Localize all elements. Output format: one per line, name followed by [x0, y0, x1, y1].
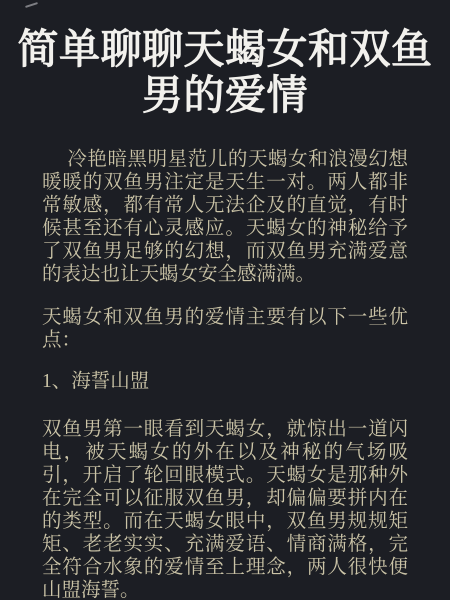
- page-title: 简单聊聊天蝎女和双鱼男的爱情: [0, 0, 450, 118]
- section-body-1: 双鱼男第一眼看到天蝎女，就惊出一道闪电，被天蝎女的外在以及神秘的气场吸引，开启了…: [42, 418, 408, 600]
- intro-paragraph: 冷艳暗黑明星范儿的天蝎女和浪漫幻想暖暖的双鱼男注定是天生一对。两人都非常敏感，都…: [42, 148, 408, 286]
- article-content: 冷艳暗黑明星范儿的天蝎女和浪漫幻想暖暖的双鱼男注定是天生一对。两人都非常敏感，都…: [0, 148, 450, 600]
- article-page: 简单聊聊天蝎女和双鱼男的爱情 冷艳暗黑明星范儿的天蝎女和浪漫幻想暖暖的双鱼男注定…: [0, 0, 450, 600]
- section-heading-1: 1、海誓山盟: [42, 370, 408, 393]
- lead-in-paragraph: 天蝎女和双鱼男的爱情主要有以下一些优点：: [42, 306, 408, 352]
